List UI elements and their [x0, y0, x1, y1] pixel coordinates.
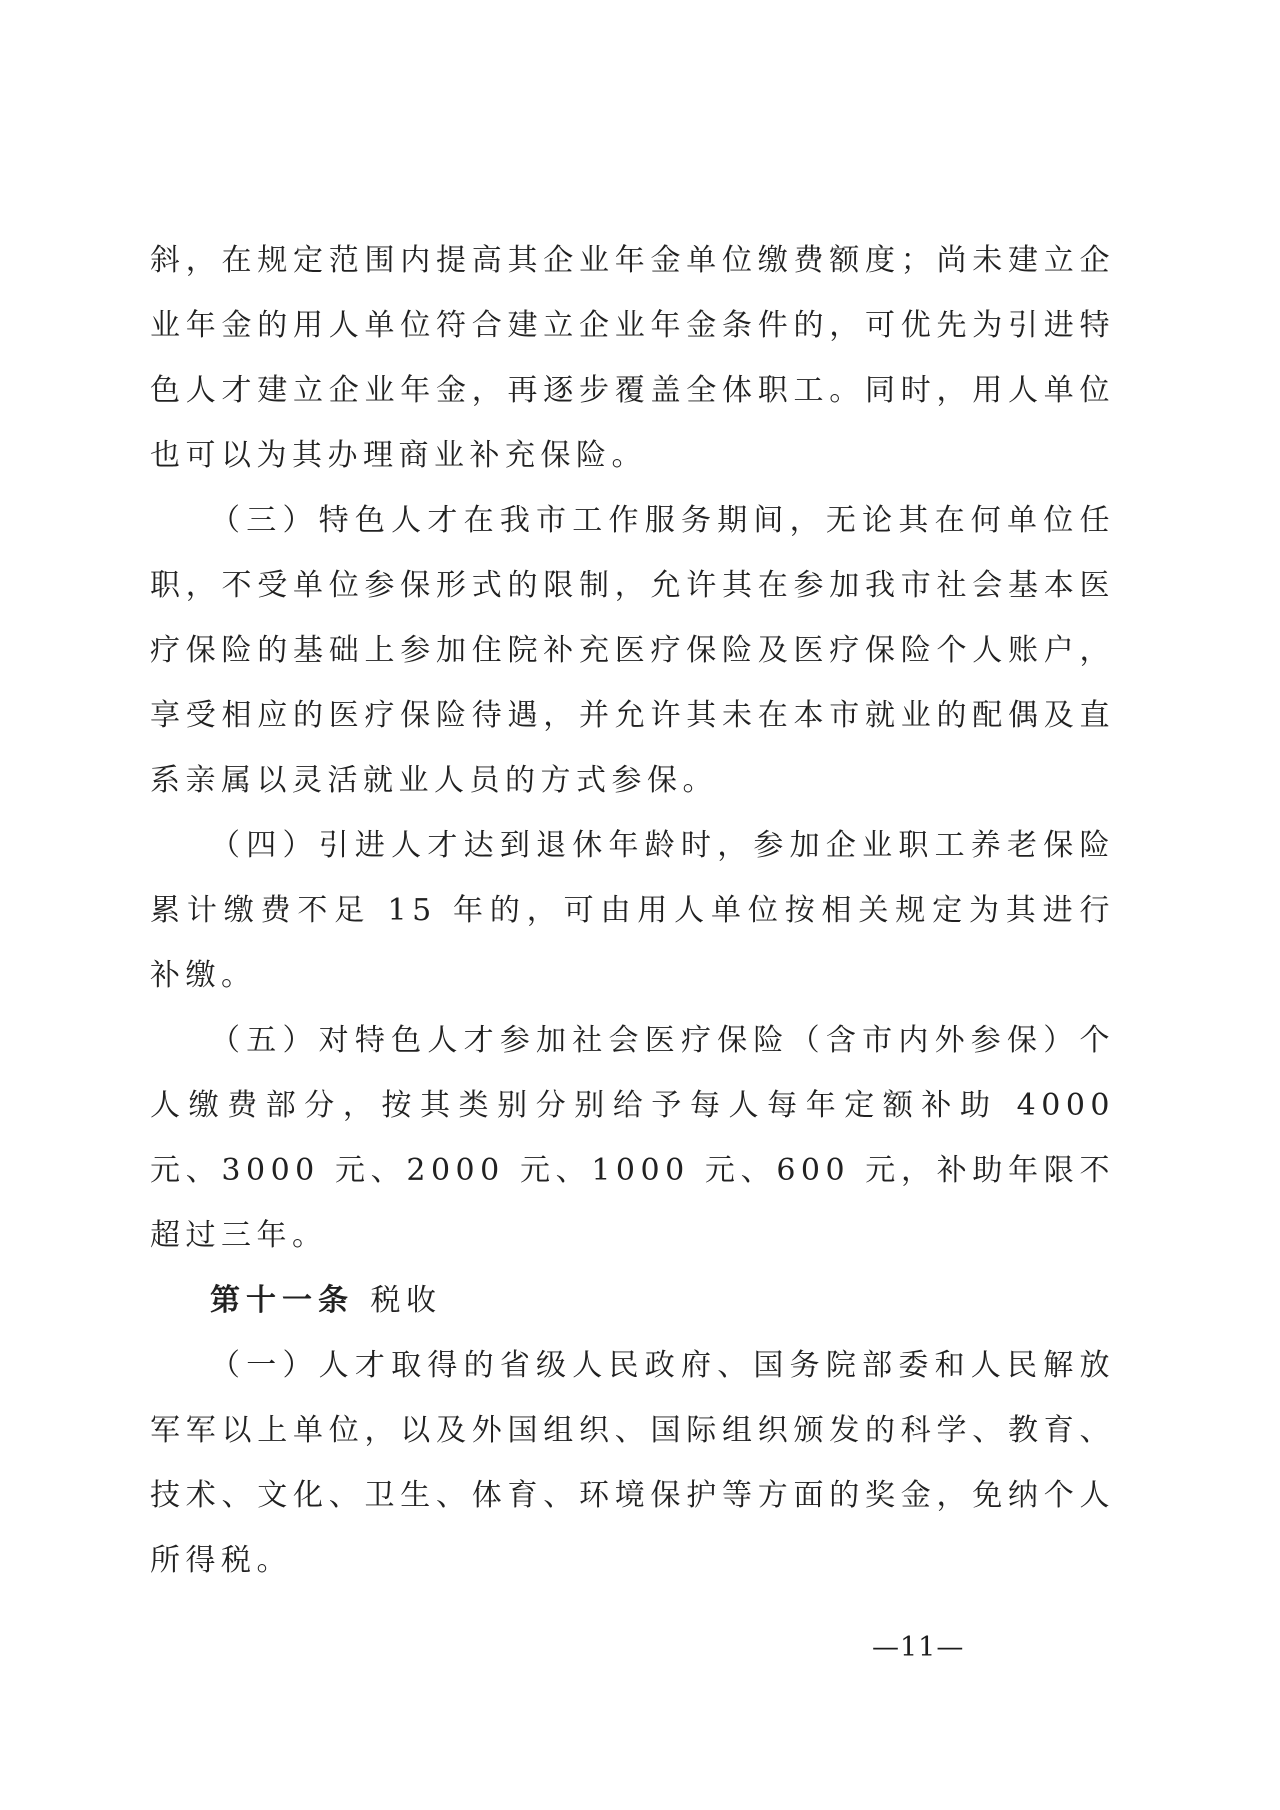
- document-body: 斜，在规定范围内提高其企业年金单位缴费额度；尚未建立企业年金的用人单位符合建立企…: [150, 228, 1115, 1593]
- article-11-heading: 第十一条税收: [150, 1268, 1115, 1333]
- paragraph-item-4: （四）引进人才达到退休年龄时，参加企业职工养老保险累计缴费不足 15 年的，可由…: [150, 813, 1115, 1008]
- article-number: 第十一条: [210, 1283, 354, 1318]
- paragraph-item-3: （三）特色人才在我市工作服务期间，无论其在何单位任职，不受单位参保形式的限制，允…: [150, 488, 1115, 813]
- document-page: 斜，在规定范围内提高其企业年金单位缴费额度；尚未建立企业年金的用人单位符合建立企…: [0, 0, 1280, 1810]
- article-title: 税收: [371, 1283, 442, 1318]
- paragraph-item-1: （一）人才取得的省级人民政府、国务院部委和人民解放军军以上单位，以及外国组织、国…: [150, 1333, 1115, 1593]
- paragraph-item-5: （五）对特色人才参加社会医疗保险（含市内外参保）个人缴费部分，按其类别分别给予每…: [150, 1008, 1115, 1268]
- paragraph-continuation: 斜，在规定范围内提高其企业年金单位缴费额度；尚未建立企业年金的用人单位符合建立企…: [150, 228, 1115, 488]
- page-number: —11—: [872, 1632, 964, 1663]
